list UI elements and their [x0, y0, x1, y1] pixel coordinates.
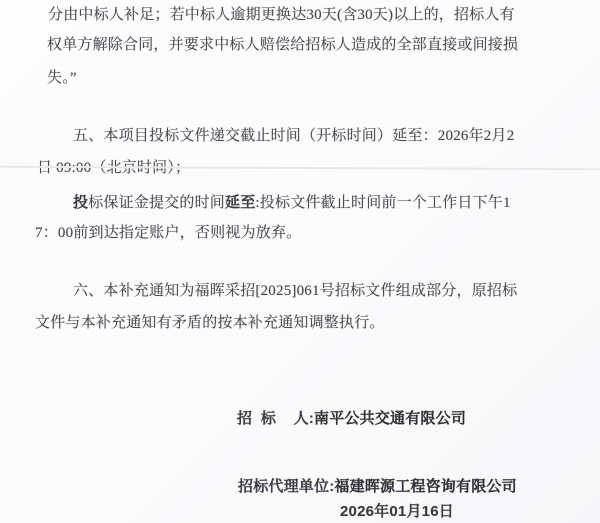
agency-label: 招标代理单位:: [238, 478, 334, 495]
scanned-notice-page: 分由中标人补足；若中标人逾期更换达30天(含30天)以上的，招标人有 权单方解除…: [0, 0, 600, 523]
deposit-bold-prefix: 投: [73, 195, 88, 211]
clause4-continuation-line1: 分由中标人补足；若中标人逾期更换达30天(含30天)以上的，招标人有: [48, 7, 515, 24]
clause5-deadline-line1: 五、本项目投标文件递交截止时间（开标时间）延至：2026年2月2: [73, 128, 514, 145]
bid-deposit-time-line1: 投标保证金提交的时间延至:投标文件截止时间前一个工作日下午1: [73, 195, 511, 212]
clause4-continuation-line2: 权单方解除合同，并要求中标人赔偿给招标人造成的全部直接或间接损: [47, 37, 518, 54]
deposit-rest-text: :投标文件截止时间前一个工作日下午1: [255, 195, 510, 211]
tenderer-label: 招 标 人:: [237, 410, 314, 427]
clause4-continuation-line3: 失。”: [47, 70, 77, 87]
clause6-supplement-line1: 六、本补充通知为福晖采招[2025]061号招标文件组成部分，原招标: [73, 283, 517, 300]
deposit-mid-text: 标保证金提交的时间: [88, 195, 225, 211]
tenderer-company-name: 南平公共交通有限公司: [314, 410, 466, 427]
agency-company-name: 福建晖源工程咨询有限公司: [334, 478, 516, 495]
clause6-supplement-line2: 文件与本补充通知有矛盾的按本补充通知调整执行。: [35, 315, 385, 332]
agency-signature-line: 招标代理单位:福建晖源工程咨询有限公司: [238, 477, 517, 496]
deposit-bold-extend: 延至: [225, 195, 255, 211]
notice-date: 2026年01月16日: [340, 502, 454, 521]
bid-deposit-time-line2: 7：00前到达指定账户，否则视为放弃。: [35, 225, 301, 242]
tenderer-signature-line: 招 标 人:南平公共交通有限公司: [237, 409, 466, 428]
clause5-deadline-line2: 日 09:00（北京时间）；: [37, 160, 190, 177]
